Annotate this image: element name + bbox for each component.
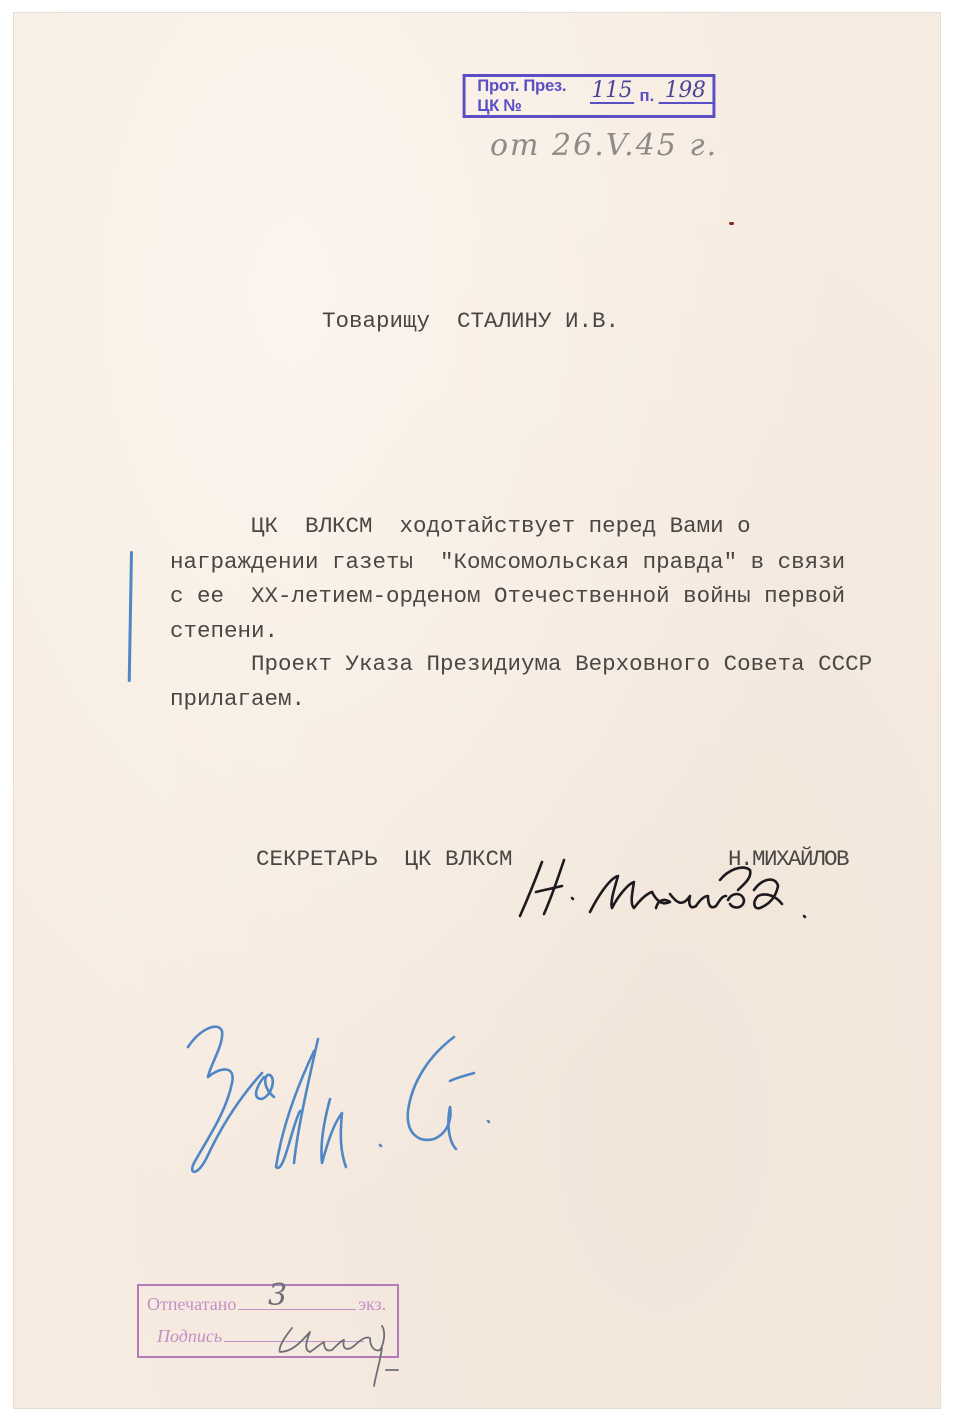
protocol-number: 115 [590,80,633,104]
protocol-stamp: Прот. През. ЦК № 115 п. 198 [463,74,716,118]
signatory-title: СЕКРЕТАРЬ ЦК ВЛКСМ [256,848,513,871]
printed-label: Отпечатано [147,1294,236,1314]
typist-signature [270,1318,410,1388]
body-line: награждении газеты "Комсомольская правда… [170,551,845,574]
handwritten-resolution [180,1015,490,1190]
protocol-stamp-label: Прот. През. ЦК № [477,76,586,116]
point-number: 198 [658,80,712,104]
copies-line [238,1295,356,1310]
body-line: ЦК ВЛКСМ ходотайствует перед Вами о [170,515,751,538]
ink-spot [729,222,734,225]
handwritten-date: от 26.V.45 г. [490,128,718,163]
addressee: Товарищу СТАЛИНУ И.В. [322,310,619,333]
signature-label: Подпись [157,1326,222,1346]
copies-unit: экз. [358,1294,386,1314]
handwritten-signature [514,856,834,936]
body-line: степени. [170,620,278,643]
body-line: с ее XX-летием-орденом Отечественной вой… [170,585,845,608]
body-line: Проект Указа Президиума Верховного Совет… [170,653,872,676]
copies-count: 3 [268,1278,287,1313]
document-page [14,13,940,1408]
body-line: прилагаем. [170,688,305,711]
point-label: п. [640,86,655,106]
